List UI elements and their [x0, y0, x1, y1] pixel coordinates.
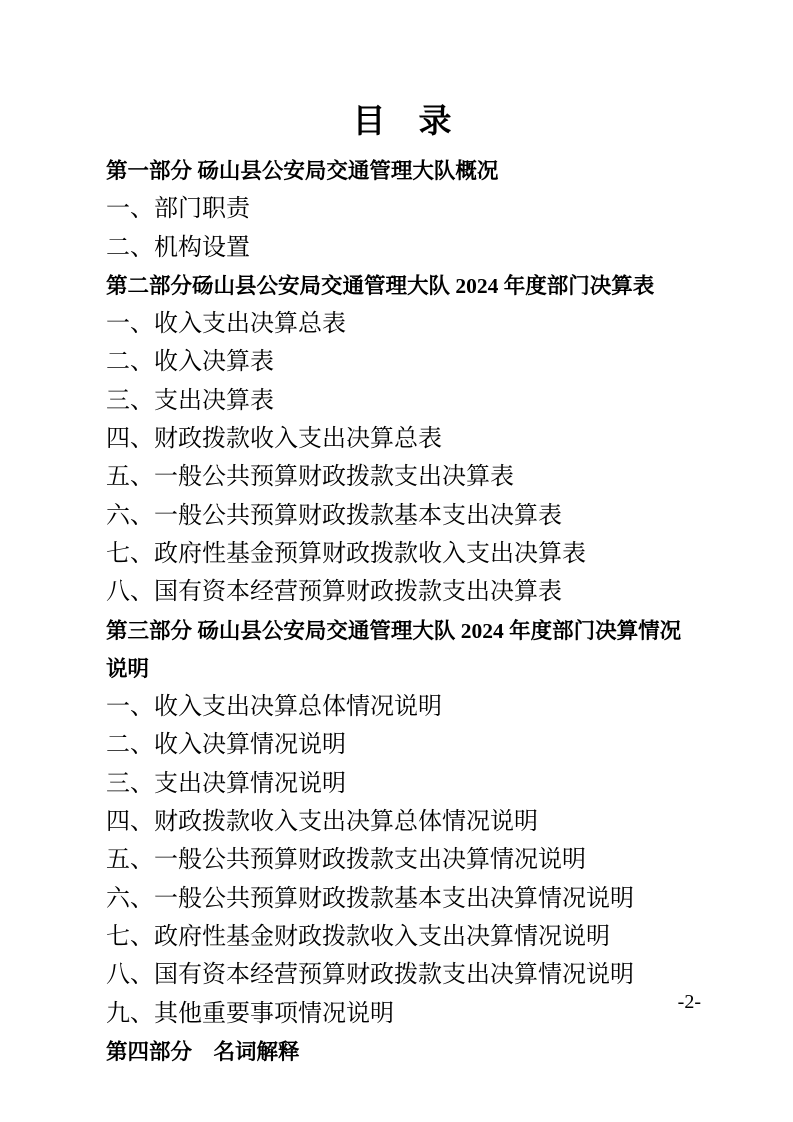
toc-item: 四、财政拨款收入支出决算总表	[106, 420, 698, 458]
toc-item: 七、政府性基金财政拨款收入支出决算情况说明	[106, 918, 698, 956]
toc-item: 二、机构设置	[106, 229, 698, 267]
toc-item: 四、财政拨款收入支出决算总体情况说明	[106, 803, 698, 841]
document-page: 目 录 第一部分 砀山县公安局交通管理大队概况一、部门职责二、机构设置第二部分砀…	[0, 0, 793, 1122]
toc-item: 一、部门职责	[106, 190, 698, 228]
toc-item: 一、收入支出决算总体情况说明	[106, 688, 698, 726]
toc-section-header: 第三部分 砀山县公安局交通管理大队 2024 年度部门决算情况说明	[106, 612, 698, 689]
toc-item: 五、一般公共预算财政拨款支出决算表	[106, 458, 698, 496]
toc-item: 五、一般公共预算财政拨款支出决算情况说明	[106, 841, 698, 879]
toc-list: 第一部分 砀山县公安局交通管理大队概况一、部门职责二、机构设置第二部分砀山县公安…	[106, 152, 698, 1071]
toc-item: 七、政府性基金预算财政拨款收入支出决算表	[106, 535, 698, 573]
toc-item: 六、一般公共预算财政拨款基本支出决算情况说明	[106, 880, 698, 918]
toc-item: 一、收入支出决算总表	[106, 305, 698, 343]
toc-section-header: 第一部分 砀山县公安局交通管理大队概况	[106, 152, 698, 190]
toc-item: 三、支出决算情况说明	[106, 765, 698, 803]
toc-item: 二、收入决算情况说明	[106, 726, 698, 764]
toc-item: 八、国有资本经营预算财政拨款支出决算情况说明	[106, 956, 698, 994]
toc-section-header: 第二部分砀山县公安局交通管理大队 2024 年度部门决算表	[106, 267, 698, 305]
toc-item: 八、国有资本经营预算财政拨款支出决算表	[106, 573, 698, 611]
toc-item: 三、支出决算表	[106, 382, 698, 420]
page-number: -2-	[678, 992, 701, 1012]
toc-item: 六、一般公共预算财政拨款基本支出决算表	[106, 497, 698, 535]
toc-item: 二、收入决算表	[106, 343, 698, 381]
toc-section-header: 第四部分 名词解释	[106, 1033, 698, 1071]
page-title: 目 录	[106, 100, 698, 144]
toc-item: 九、其他重要事项情况说明	[106, 995, 698, 1033]
